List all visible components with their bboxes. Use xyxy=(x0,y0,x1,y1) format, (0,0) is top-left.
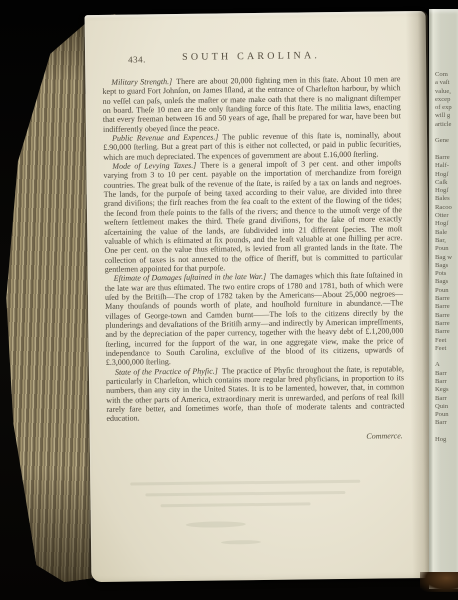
adjacent-page-line: a vaſt xyxy=(435,79,458,87)
adjacent-page-line: Kegs xyxy=(435,386,458,394)
page-content: 434. SOUTH CAROLINA. Military Strength.]… xyxy=(102,49,405,443)
paragraph: Public Revenue and Expences.]The public … xyxy=(103,130,401,162)
adjacent-page-line: Caſk xyxy=(435,179,458,187)
show-through xyxy=(186,521,246,528)
adjacent-page-line: Bar, xyxy=(435,237,458,245)
adjacent-page-line: Bales xyxy=(435,195,458,203)
adjacent-page-line: Hogſ xyxy=(435,171,458,179)
adjacent-page-line: Feet xyxy=(435,337,458,345)
adjacent-page-line: Barr xyxy=(435,378,458,386)
adjacent-page-line: Racoo xyxy=(435,204,458,212)
adjacent-page-line: Hogſ xyxy=(435,187,458,195)
adjacent-page-line: Hog xyxy=(435,436,458,444)
adjacent-page-line: Barr xyxy=(435,370,458,378)
adjacent-page-text: Coma vaſtvalue,excepof expwill garticleG… xyxy=(435,71,458,444)
adjacent-page-line: will g xyxy=(435,112,458,120)
adjacent-page-line: Com xyxy=(435,71,458,79)
adjacent-page-line: Half- xyxy=(435,162,458,170)
paragraph-lead: Military Strength.] xyxy=(111,77,176,87)
paragraph: State of the Practice of Phyſic.]The pra… xyxy=(106,364,405,424)
body-text: Military Strength.]There are about 20,00… xyxy=(102,74,404,423)
adjacent-page-line: Barre xyxy=(435,154,458,162)
adjacent-page-line: Otter xyxy=(435,212,458,220)
show-through xyxy=(145,491,345,496)
adjacent-page-line xyxy=(435,353,458,361)
book-page-left: 434. SOUTH CAROLINA. Military Strength.]… xyxy=(85,11,433,582)
adjacent-page-line: article xyxy=(435,121,458,129)
book-photo: 434. SOUTH CAROLINA. Military Strength.]… xyxy=(0,0,458,600)
adjacent-page-line: Barre xyxy=(435,303,458,311)
adjacent-page-line: Poun xyxy=(435,245,458,253)
adjacent-page-line: Bags xyxy=(435,278,458,286)
paragraph: Military Strength.]There are about 20,00… xyxy=(102,74,401,134)
adjacent-page-line: Barre xyxy=(435,312,458,320)
paragraph-body: The damages which this ſtate ſuſtained i… xyxy=(105,270,404,367)
catchword: Commerce. xyxy=(107,431,405,444)
adjacent-page-line: Barr xyxy=(435,395,458,403)
page-number: 434. xyxy=(128,54,146,64)
paragraph: Eſtimate of Damages ſuſtained in the lat… xyxy=(105,270,404,367)
adjacent-page-line: excep xyxy=(435,96,458,104)
adjacent-page-line: Barre xyxy=(435,320,458,328)
adjacent-page-line: Quin xyxy=(435,403,458,411)
adjacent-page-line: A xyxy=(435,361,458,369)
adjacent-page-line: Bale xyxy=(435,229,458,237)
adjacent-page-line: Hogſ xyxy=(435,220,458,228)
running-title: SOUTH CAROLINA. xyxy=(102,49,400,64)
adjacent-page-line: Pots xyxy=(435,270,458,278)
adjacent-page-line xyxy=(435,129,458,137)
show-through xyxy=(161,502,311,507)
show-through xyxy=(130,480,360,486)
adjacent-page-line: Barre xyxy=(435,295,458,303)
adjacent-page-line xyxy=(435,428,458,436)
adjacent-page-line: Barr xyxy=(435,419,458,427)
adjacent-page-line: Barre xyxy=(435,328,458,336)
adjacent-page-line: value, xyxy=(435,88,458,96)
adjacent-page-line: Gene xyxy=(435,137,458,145)
adjacent-page: Coma vaſtvalue,excepof expwill garticleG… xyxy=(429,9,458,589)
show-through xyxy=(221,540,261,544)
paragraph: Mode of Levying Taxes.]There is a genera… xyxy=(103,158,402,274)
adjacent-page-line: of exp xyxy=(435,104,458,112)
book-bottom-corner xyxy=(420,572,458,592)
adjacent-page-line: Poun xyxy=(435,287,458,295)
paragraph-body: There is a general impoſt of 3 per cent.… xyxy=(103,158,402,273)
page-header: 434. SOUTH CAROLINA. xyxy=(102,49,400,69)
adjacent-page-line: Feet xyxy=(435,345,458,353)
adjacent-page-line xyxy=(435,146,458,154)
adjacent-page-line: Poun xyxy=(435,411,458,419)
adjacent-page-line: Bag w xyxy=(435,254,458,262)
adjacent-page-line: Bags xyxy=(435,262,458,270)
